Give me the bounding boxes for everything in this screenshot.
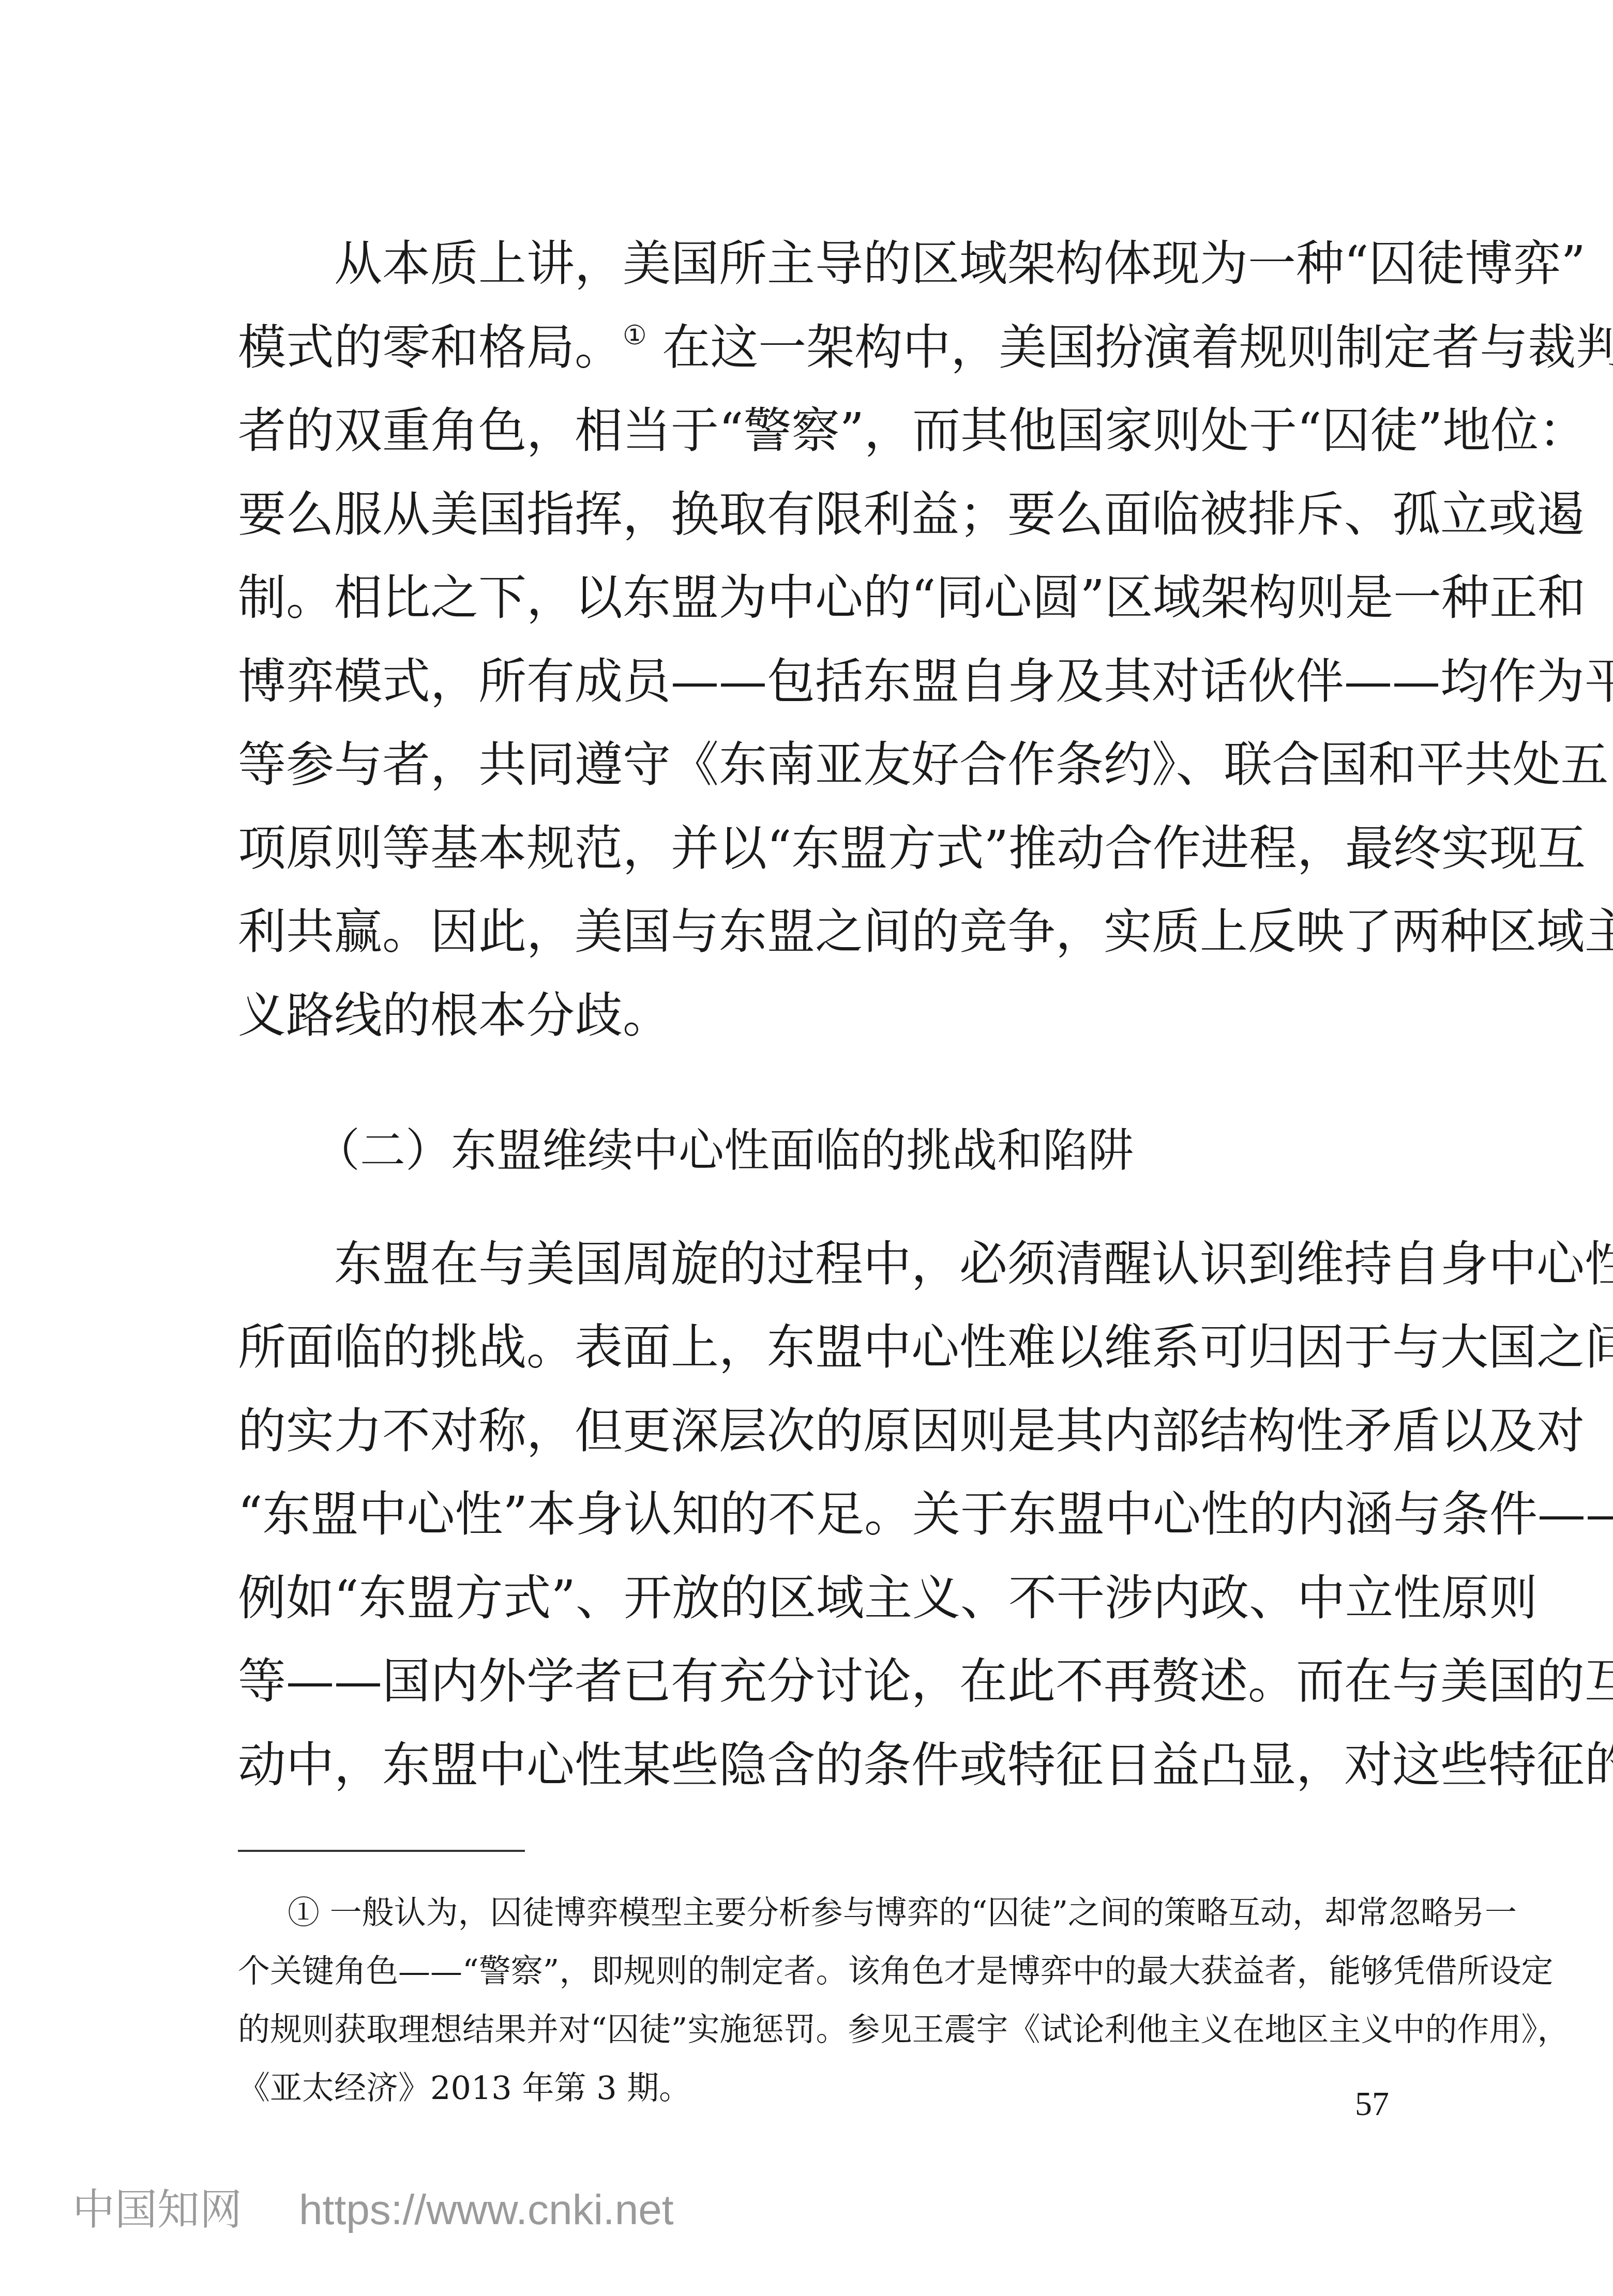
paragraph-line: 博弈模式，所有成员——包括东盟自身及其对话伙伴——均作为平 bbox=[238, 653, 1399, 710]
footnote-marker[interactable]: ① bbox=[623, 320, 647, 351]
paragraph-line: 等——国内外学者已有充分讨论，在此不再赘述。而在与美国的互 bbox=[238, 1653, 1399, 1710]
paragraph-line: 制。相比之下，以东盟为中心的“同心圆”区域架构则是一种正和 bbox=[238, 569, 1399, 626]
paragraph-line: 所面临的挑战。表面上，东盟中心性难以维系可归因于与大国之间 bbox=[238, 1319, 1399, 1376]
paragraph-line: 模式的零和格局。① 在这一架构中，美国扮演着规则制定者与裁判 bbox=[238, 319, 1399, 376]
footnote-line: 个关键角色——“警察”，即规则的制定者。该角色才是博弈中的最大获益者，能够凭借所… bbox=[238, 1951, 1399, 1992]
paragraph-line: 要么服从美国指挥，换取有限利益；要么面临被排斥、孤立或遏 bbox=[238, 486, 1399, 543]
paragraph-line: 者的双重角色，相当于“警察”，而其他国家则处于“囚徒”地位： bbox=[238, 402, 1399, 459]
document-page: 从本质上讲，美国所主导的区域架构体现为一种“囚徒博弈” 模式的零和格局。① 在这… bbox=[0, 0, 1613, 2296]
footnote-line: 的规则获取理想结果并对“囚徒”实施惩罚。参见王震宇《试论利他主义在地区主义中的作… bbox=[238, 2009, 1399, 2050]
paragraph-line: 义路线的根本分歧。 bbox=[238, 987, 1399, 1044]
cnki-watermark: 中国知网https://www.cnki.net bbox=[72, 2184, 674, 2236]
line-text: 在这一架构中，美国扮演着规则制定者与裁判 bbox=[647, 320, 1613, 375]
footnote-separator bbox=[238, 1850, 525, 1852]
watermark-url[interactable]: https://www.cnki.net bbox=[299, 2186, 674, 2233]
page-number: 57 bbox=[1355, 2084, 1389, 2125]
footnote-line: ① 一般认为，囚徒博弈模型主要分析参与博弈的“囚徒”之间的策略互动，却常忽略另一 bbox=[288, 1892, 1399, 1934]
paragraph-line: 例如“东盟方式”、开放的区域主义、不干涉内政、中立性原则 bbox=[238, 1570, 1399, 1626]
paragraph-line: 从本质上讲，美国所主导的区域架构体现为一种“囚徒博弈” bbox=[334, 235, 1399, 292]
paragraph-line: 东盟在与美国周旋的过程中，必须清醒认识到维持自身中心性 bbox=[334, 1236, 1399, 1293]
watermark-brand: 中国知网 bbox=[72, 2185, 242, 2234]
paragraph-line: 项原则等基本规范，并以“东盟方式”推动合作进程，最终实现互 bbox=[238, 820, 1399, 877]
footnote-line: 《亚太经济》2013 年第 3 期。 bbox=[238, 2067, 1399, 2109]
paragraph-line: 利共赢。因此，美国与东盟之间的竞争，实质上反映了两种区域主 bbox=[238, 903, 1399, 960]
line-text: 模式的零和格局。 bbox=[238, 320, 623, 375]
section-heading: （二）东盟维续中心性面临的挑战和陷阱 bbox=[314, 1122, 1134, 1179]
paragraph-line: 动中，东盟中心性某些隐含的条件或特征日益凸显，对这些特征的 bbox=[238, 1737, 1399, 1793]
paragraph-line: 的实力不对称，但更深层次的原因则是其内部结构性矛盾以及对 bbox=[238, 1403, 1399, 1459]
paragraph-line: “东盟中心性”本身认知的不足。关于东盟中心性的内涵与条件—— bbox=[238, 1486, 1399, 1543]
paragraph-line: 等参与者，共同遵守《东南亚友好合作条约》、联合国和平共处五 bbox=[238, 736, 1399, 793]
